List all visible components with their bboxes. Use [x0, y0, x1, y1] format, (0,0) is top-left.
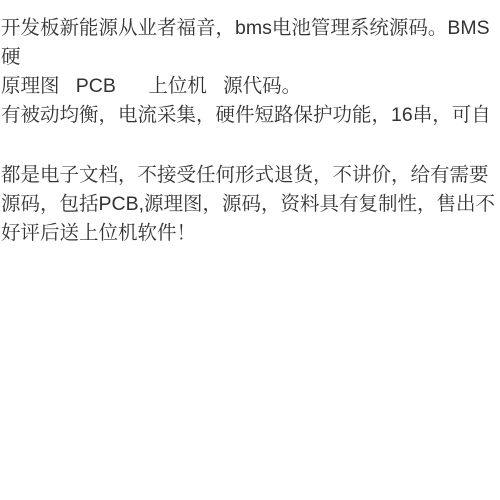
- description-text-line: 好评后送上位机软件！: [1, 219, 500, 248]
- description-paragraph-terms: 都是电子文档，不接受任何形式退货，不讲价，给有需要 源码，包括PCB,源理图，源…: [1, 161, 500, 248]
- description-text-line: 开发板新能源从业者福音，bms电池管理系统源码。BMS硬: [1, 14, 500, 72]
- description-text-line: 源码，包括PCB,源理图，源码，资料具有复制性，售出不: [1, 190, 500, 219]
- product-description-page: 开发板新能源从业者福音，bms电池管理系统源码。BMS硬 原理图 PCB 上位机…: [0, 0, 500, 500]
- description-text-line: 有被动均衡，电流采集，硬件短路保护功能，16串，可自: [1, 101, 500, 130]
- description-text-line: 原理图 PCB 上位机 源代码。: [1, 72, 500, 101]
- description-paragraph-features: 开发板新能源从业者福音，bms电池管理系统源码。BMS硬 原理图 PCB 上位机…: [1, 14, 500, 130]
- description-text-line: 都是电子文档，不接受任何形式退货，不讲价，给有需要: [1, 161, 500, 190]
